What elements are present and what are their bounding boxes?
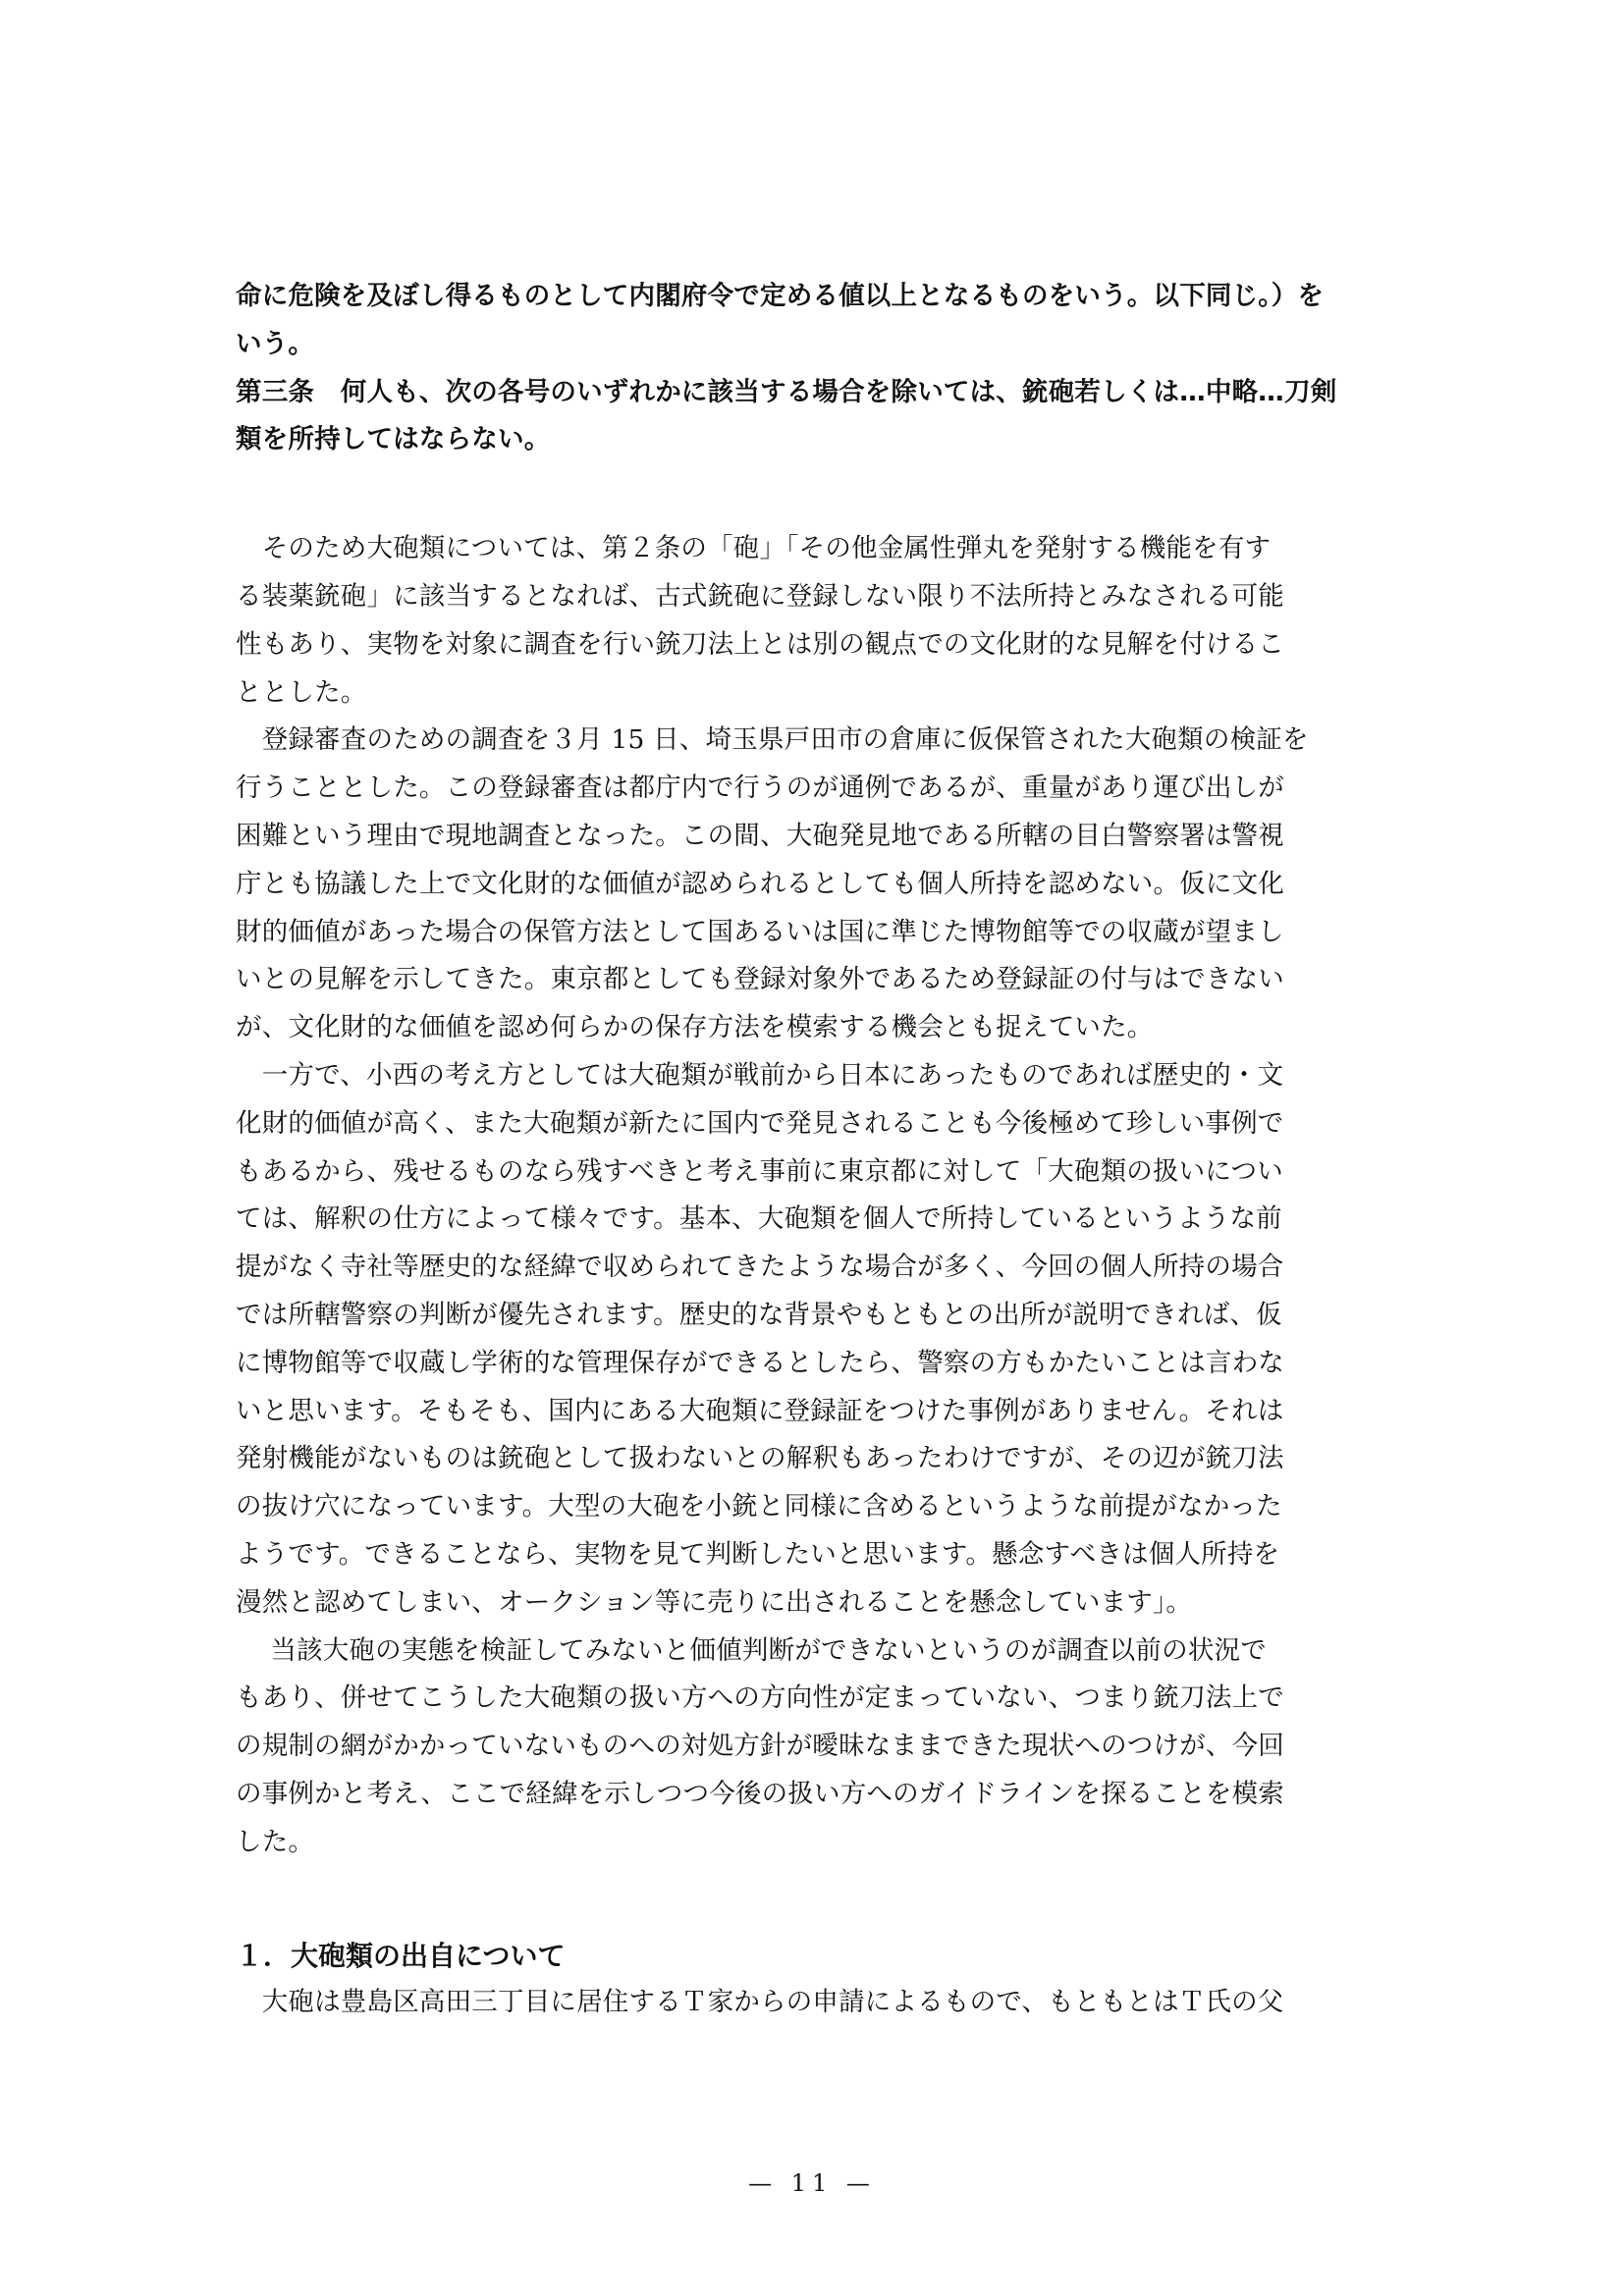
body-line: の事例かと考え、ここで経緯を示しつつ今後の扱い方へのガイドラインを探ることを模索 — [236, 1771, 1394, 1819]
body-line: 困難という理由で現地調査となった。この間、大砲発見地である所轄の目白警察署は警視 — [236, 813, 1394, 861]
document-page: 命に危険を及ぼし得るものとして内閣府令で定める値以上となるものをいう。以下同じ。… — [236, 273, 1394, 2026]
body-line: した。 — [236, 1819, 1394, 1867]
body-line: もあるから、残せるものなら残すべきと考え事前に東京都に対して「大砲類の扱いについ — [236, 1148, 1394, 1197]
body-line: 行うこととした。この登録審査は都庁内で行うのが通例であるが、重量があり運び出しが — [236, 765, 1394, 813]
body-line: の規制の網がかかっていないものへの対処方針が曖昧なままできた現状へのつけが、今回 — [236, 1723, 1394, 1771]
body-line: ようです。できることなら、実物を見て判断したいと思います。懸念すべきは個人所持を — [236, 1531, 1394, 1579]
body-line: ととした。 — [236, 669, 1394, 718]
body-line: が、文化財的な価値を認め何らかの保存方法を模索する機会とも捉えていた。 — [236, 1004, 1394, 1052]
body-line: 提がなく寺社等歴史的な経緯で収められてきたような場合が多く、今回の個人所持の場合 — [236, 1244, 1394, 1292]
body-line: 財的価値があった場合の保管方法として国あるいは国に準じた博物館等での収蔵が望まし — [236, 909, 1394, 957]
body-line: では所轄警察の判断が優先されます。歴史的な背景やもともとの出所が説明できれば、仮 — [236, 1292, 1394, 1340]
law-line: 第三条 何人も、次の各号のいずれかに該当する場合を除いては、銃砲若しくは…中略…… — [236, 369, 1394, 417]
body-line: ては、解釈の仕方によって様々です。基本、大砲類を個人で所持しているというような前 — [236, 1196, 1394, 1244]
body-line: もあり、併せてこうした大砲類の扱い方への方向性が定まっていない、つまり銃刀法上で — [236, 1675, 1394, 1723]
body-line: いと思います。そもそも、国内にある大砲類に登録証をつけた事例がありません。それは — [236, 1388, 1394, 1436]
body-line: 庁とも協議した上で文化財的な価値が認められるとしても個人所持を認めない。仮に文化 — [236, 861, 1394, 909]
page-number: — 11 — — [0, 2169, 1624, 2197]
section-1: １．大砲類の出自について 大砲は豊島区高田三丁目に居住するＴ家からの申請によるも… — [236, 1934, 1394, 2027]
body-line: る装薬銃砲」に該当するとなれば、古式銃砲に登録しない限り不法所持とみなされる可能 — [236, 573, 1394, 621]
body-line: いとの見解を示してきた。東京都としても登録対象外であるため登録証の付与はできない — [236, 956, 1394, 1004]
body-line: 漫然と認めてしまい、オークション等に売りに出されることを懸念しています」。 — [236, 1579, 1394, 1628]
body-line: 登録審査のための調査を３月 15 日、埼玉県戸田市の倉庫に仮保管された大砲類の検… — [236, 717, 1394, 765]
body-line: 性もあり、実物を対象に調査を行い銃刀法上とは別の観点での文化財的な見解を付けるこ — [236, 621, 1394, 669]
body-line: 当該大砲の実態を検証してみないと価値判断ができないというのが調査以前の状況で — [236, 1628, 1394, 1676]
body-line: 発射機能がないものは銃砲として扱わないとの解釈もあったわけですが、その辺が銃刀法 — [236, 1435, 1394, 1483]
body-line: に博物館等で収蔵し学術的な管理保存ができるとしたら、警察の方もかたいことは言わな — [236, 1340, 1394, 1388]
section-heading: １．大砲類の出自について — [236, 1934, 1394, 1979]
body-line: の抜け穴になっています。大型の大砲を小銃と同様に含めるというような前提がなかった — [236, 1483, 1394, 1531]
body-line: 一方で、小西の考え方としては大砲類が戦前から日本にあったものであれば歴史的・文 — [236, 1052, 1394, 1100]
body-line: 化財的価値が高く、また大砲類が新たに国内で発見されることも今後極めて珍しい事例で — [236, 1100, 1394, 1148]
law-line: 類を所持してはならない。 — [236, 416, 1394, 464]
body-line: そのため大砲類については、第２条の「砲」「その他金属性弾丸を発射する機能を有す — [236, 525, 1394, 573]
law-excerpt: 命に危険を及ぼし得るものとして内閣府令で定める値以上となるものをいう。以下同じ。… — [236, 273, 1394, 464]
body-text: そのため大砲類については、第２条の「砲」「その他金属性弾丸を発射する機能を有す … — [236, 525, 1394, 1866]
law-line: 命に危険を及ぼし得るものとして内閣府令で定める値以上となるものをいう。以下同じ。… — [236, 273, 1394, 321]
law-line: いう。 — [236, 321, 1394, 369]
section-line: 大砲は豊島区高田三丁目に居住するＴ家からの申請によるもので、もともとはＴ氏の父 — [236, 1979, 1394, 2027]
